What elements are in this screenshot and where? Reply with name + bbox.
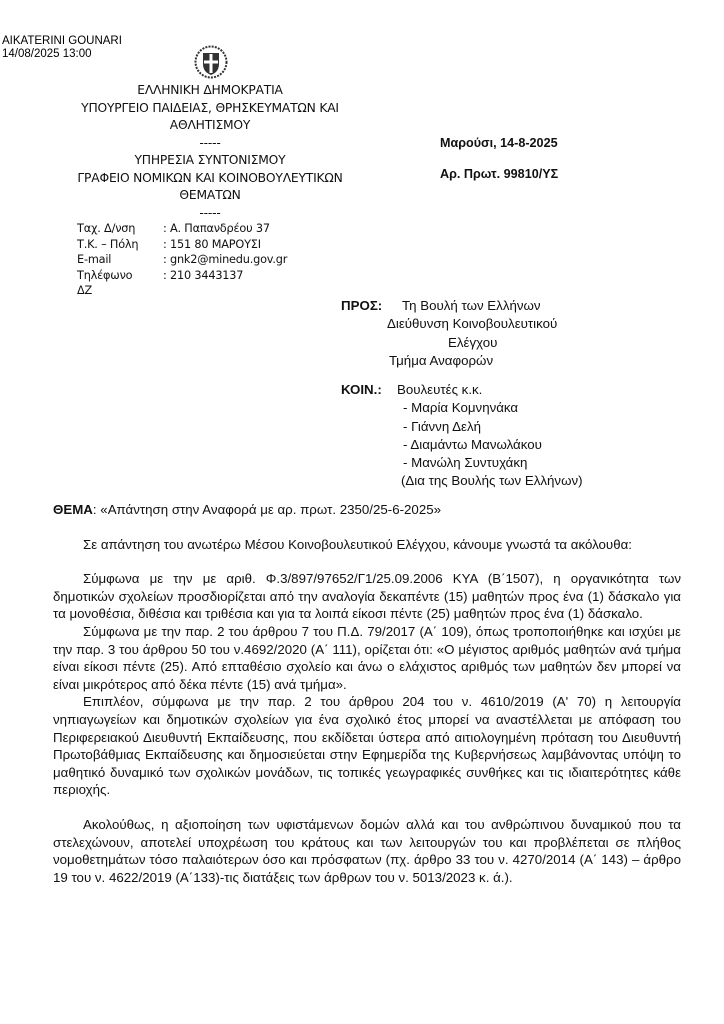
paragraph-kya: Σύμφωνα με την με αριθ. Φ.3/897/97652/Γ1… (53, 570, 681, 623)
cc-label: ΚΟΙΝ.: (341, 381, 382, 399)
digital-signature: AIKATERINI GOUNARI 14/08/2025 13:00 (2, 35, 122, 61)
header-line: ΕΛΛΗΝΙΚΗ ΔΗΜΟΚΡΑΤΙΑ (75, 82, 345, 100)
contact-label: Τηλέφωνο (77, 268, 163, 284)
cc-member: - Γιάννη Δελή (397, 418, 697, 436)
contact-value: : Α. Παπανδρέου 37 (163, 221, 270, 237)
to-label: ΠΡΟΣ: (341, 297, 382, 315)
cc-note: (Δια της Βουλής των Ελλήνων) (397, 472, 697, 490)
contact-row-phone: Τηλέφωνο : 210 3443137 (77, 268, 287, 284)
place-date: Μαρούσι, 14-8-2025 (440, 136, 558, 151)
to-line: Τμήμα Αναφορών (389, 352, 702, 370)
header-divider: ----- (75, 135, 345, 153)
letter-body: ΘΕΜΑ: «Απάντηση στην Αναφορά με αρ. πρωτ… (53, 501, 681, 886)
issuing-authority: ΕΛΛΗΝΙΚΗ ΔΗΜΟΚΡΑΤΙΑ ΥΠΟΥΡΓΕΙΟ ΠΑΙΔΕΙΑΣ, … (75, 82, 345, 222)
contact-row-address: Ταχ. Δ/νση : Α. Παπανδρέου 37 (77, 221, 287, 237)
cc-member: - Μανώλη Συντυχάκη (397, 454, 697, 472)
header-line: ΥΠΟΥΡΓΕΙΟ ΠΑΙΔΕΙΑΣ, ΘΡΗΣΚΕΥΜΑΤΩΝ ΚΑΙ (75, 100, 345, 118)
signer-name: AIKATERINI GOUNARI (2, 35, 122, 48)
contact-label: E-mail (77, 252, 163, 268)
coat-of-arms-icon (194, 45, 228, 79)
cc-member: - Διαμάντω Μανωλάκου (397, 436, 697, 454)
subject-text: : «Απάντηση στην Αναφορά με αρ. πρωτ. 23… (93, 502, 441, 517)
contact-value: : 210 3443137 (163, 268, 243, 284)
document-reference: Μαρούσι, 14-8-2025 Αρ. Πρωτ. 99810/ΥΣ (440, 136, 558, 198)
header-line: ΑΘΛΗΤΙΣΜΟΥ (75, 117, 345, 135)
protocol-number: Αρ. Πρωτ. 99810/ΥΣ (440, 167, 558, 182)
to-recipient: Τη Βουλή των Ελλήνων Διεύθυνση Κοινοβουλ… (402, 297, 702, 370)
to-line: Τη Βουλή των Ελλήνων (402, 297, 702, 315)
contact-row-email: E-mail : gnk2@minedu.gov.gr (77, 252, 287, 268)
signature-datetime: 14/08/2025 13:00 (2, 48, 122, 61)
cc-recipients: Βουλευτές κ.κ. - Μαρία Κομνηνάκα - Γιάνν… (397, 381, 697, 491)
header-line: ΘΕΜΑΤΩΝ (75, 187, 345, 205)
cc-intro: Βουλευτές κ.κ. (397, 381, 697, 399)
paragraph-suspension: Επιπλέον, σύμφωνα με την παρ. 2 του άρθρ… (53, 693, 681, 799)
contact-label: ΔΖ (77, 283, 163, 299)
contact-label: Ταχ. Δ/νση (77, 221, 163, 237)
contact-row-postal: Τ.Κ. – Πόλη : 151 80 ΜΑΡΟΥΣΙ (77, 237, 287, 253)
to-line: Διεύθυνση Κοινοβουλευτικού (387, 315, 702, 333)
to-line: Ελέγχου (402, 334, 702, 352)
contact-label: Τ.Κ. – Πόλη (77, 237, 163, 253)
paragraph-intro: Σε απάντηση του ανωτέρω Μέσου Κοινοβουλε… (53, 536, 681, 554)
contact-value[interactable]: : gnk2@minedu.gov.gr (163, 252, 287, 268)
header-line: ΥΠΗΡΕΣΙΑ ΣΥΝΤΟΝΙΣΜΟΥ (75, 152, 345, 170)
paragraph-utilization: Ακολούθως, η αξιοποίηση των υφιστάμενων … (53, 816, 681, 886)
subject-label: ΘΕΜΑ (53, 502, 93, 517)
header-divider: ----- (75, 205, 345, 223)
paragraph-pd: Σύμφωνα με την παρ. 2 του άρθρου 7 του Π… (53, 623, 681, 693)
contact-row-dept: ΔΖ (77, 283, 287, 299)
cc-member: - Μαρία Κομνηνάκα (397, 399, 697, 417)
contact-details: Ταχ. Δ/νση : Α. Παπανδρέου 37 Τ.Κ. – Πόλ… (77, 221, 287, 299)
header-line: ΓΡΑΦΕΙΟ ΝΟΜΙΚΩΝ ΚΑΙ ΚΟΙΝΟΒΟΥΛΕΥΤΙΚΩΝ (75, 170, 345, 188)
contact-value: : 151 80 ΜΑΡΟΥΣΙ (163, 237, 261, 253)
subject-line: ΘΕΜΑ: «Απάντηση στην Αναφορά με αρ. πρωτ… (53, 501, 681, 519)
